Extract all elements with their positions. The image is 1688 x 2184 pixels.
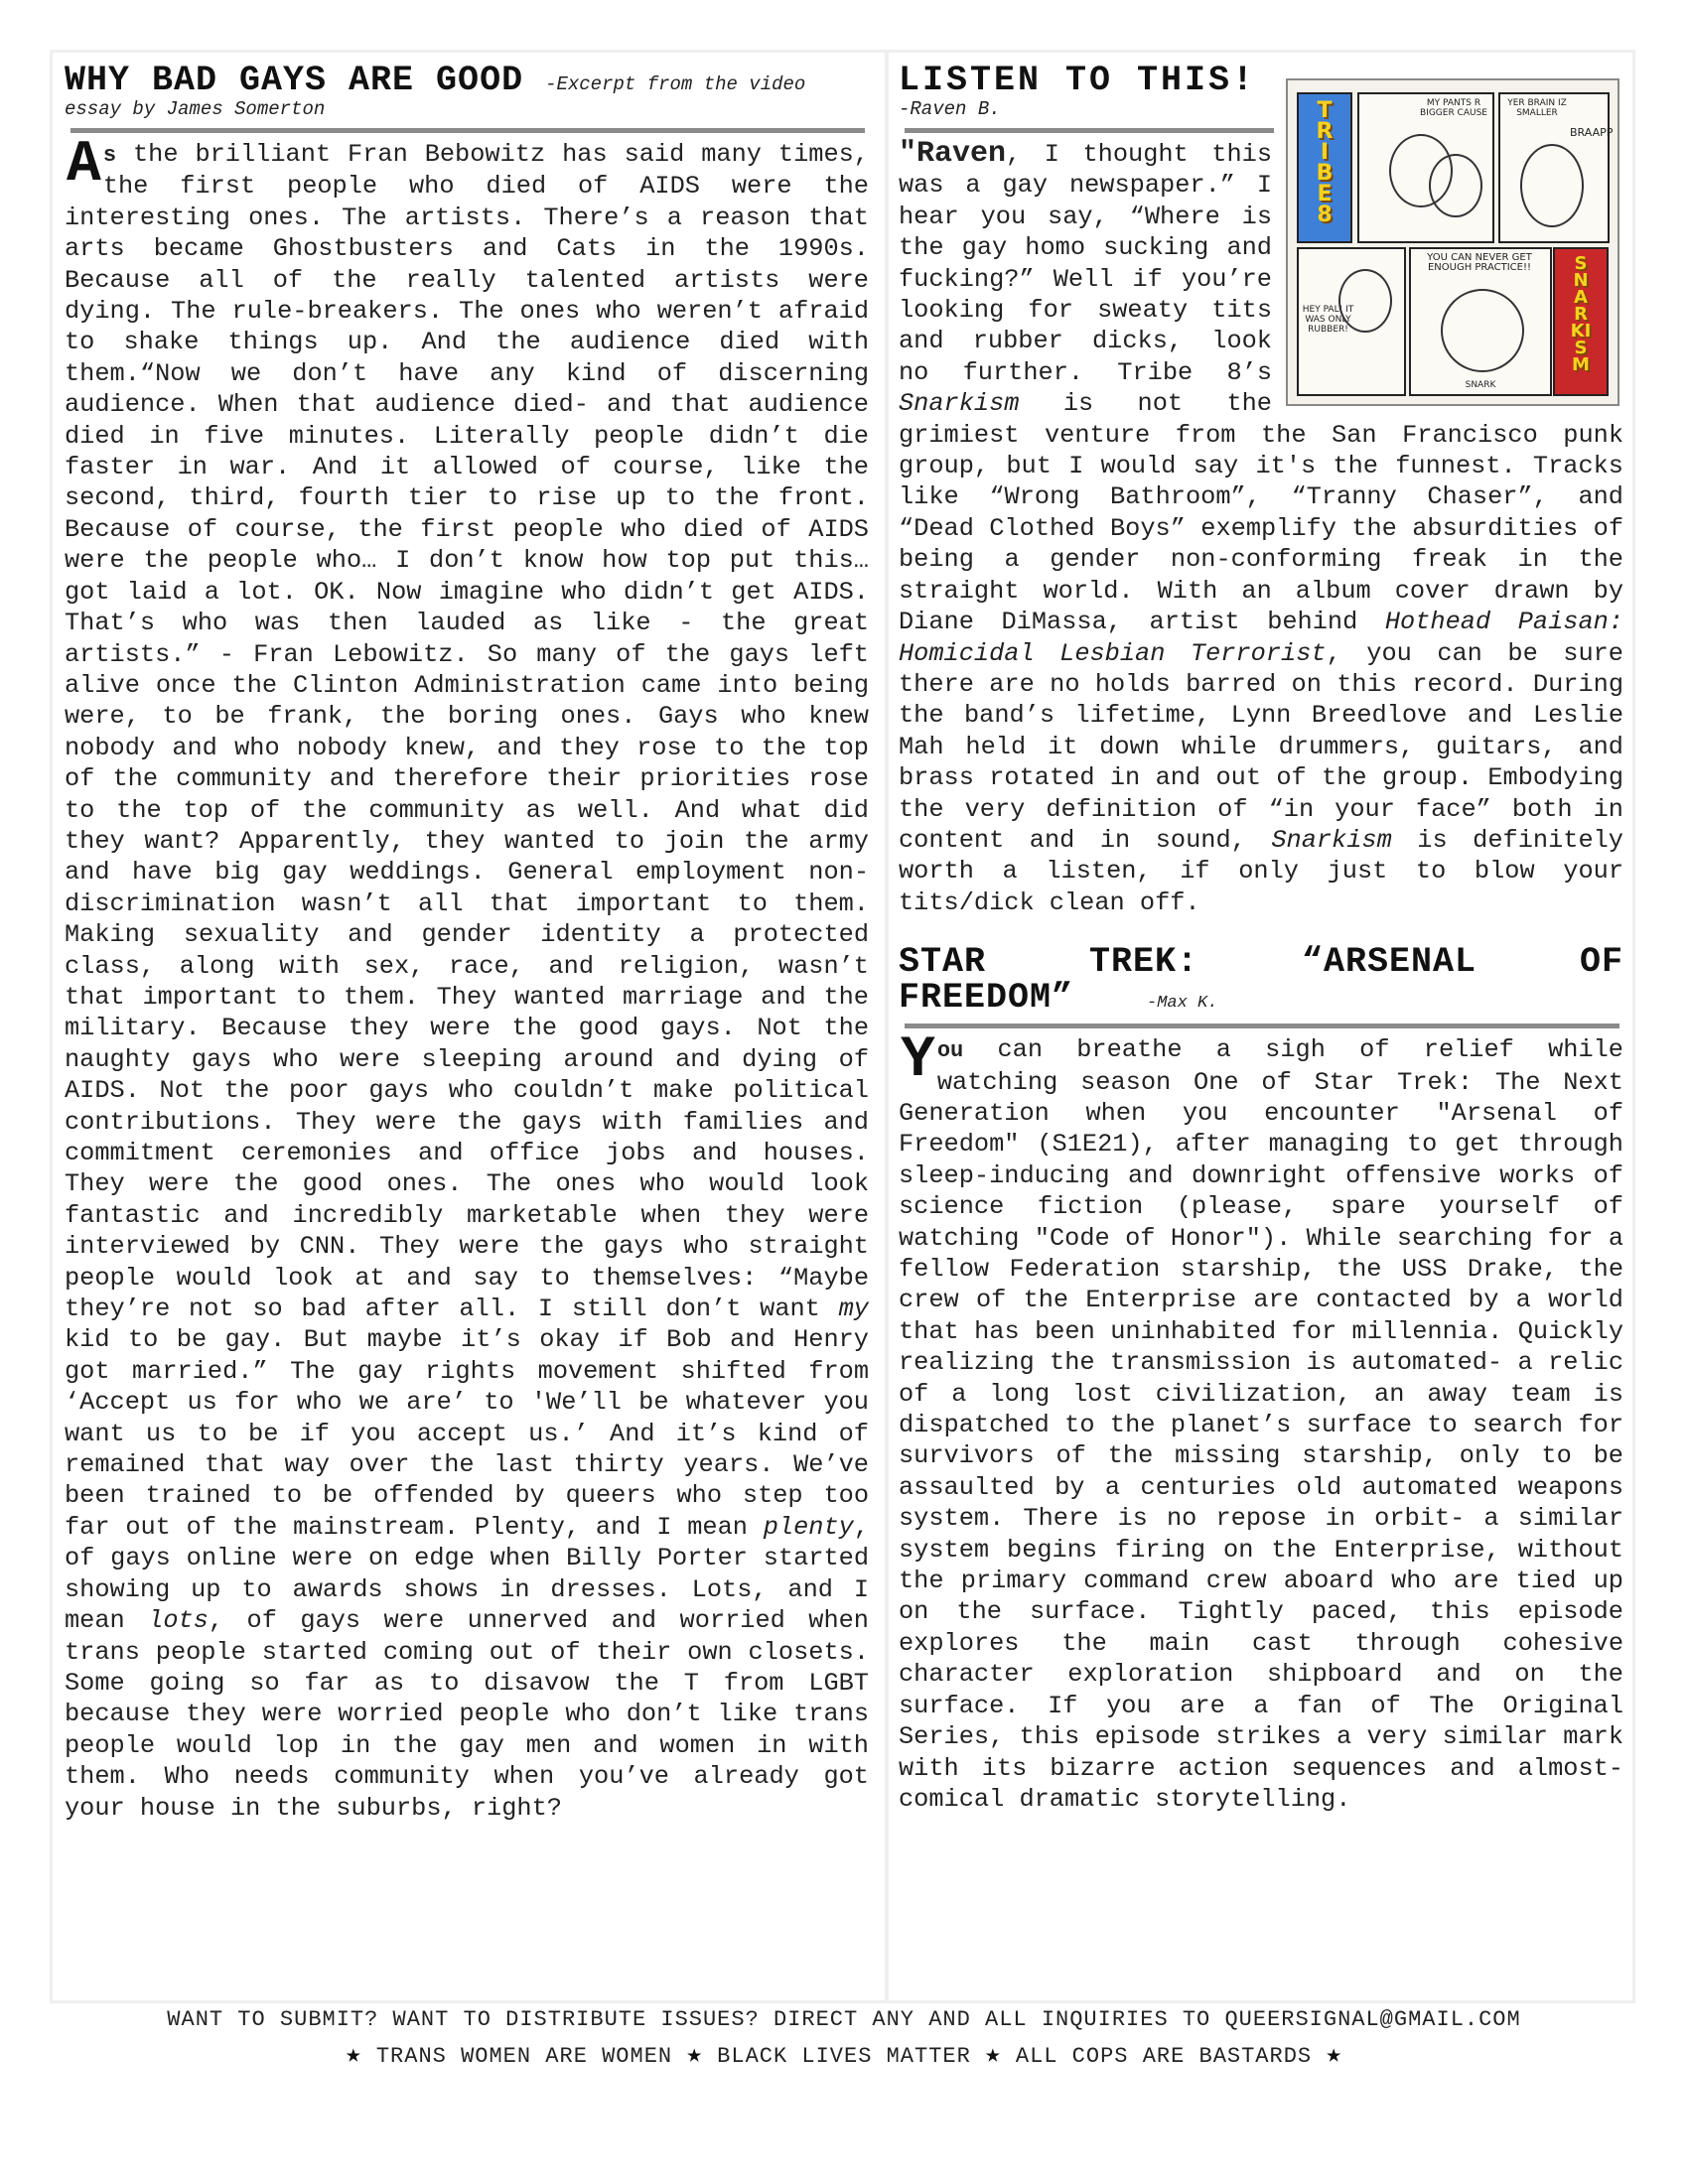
- left-column: WHY BAD GAYS ARE GOOD -Excerpt from the …: [65, 59, 869, 1824]
- title-rule: [905, 128, 1274, 133]
- star-icon: ★: [985, 2040, 1002, 2070]
- article-body: As the brilliant Fran Bebowitz has said …: [65, 139, 869, 1824]
- lead-quote: ": [899, 137, 916, 171]
- star-icon: ★: [346, 2040, 362, 2070]
- drop-cap-rest: s: [103, 143, 116, 168]
- comic-figure: [1429, 154, 1482, 217]
- article-header-star-trek: STAR TREK: “ARSENAL OF FREEDOM” -Max K.: [899, 944, 1623, 1016]
- title-word: OF: [1580, 944, 1623, 980]
- page-frame: WHY BAD GAYS ARE GOOD -Excerpt from the …: [50, 50, 1635, 2003]
- album-name-label: SNARKISM: [1570, 255, 1592, 373]
- emphasis-text: plenty: [764, 1513, 854, 1542]
- right-column: TRIBE 8 MY PANTS R BIGGER CAUSE YER BRAI…: [899, 59, 1623, 1815]
- album-cover-image: TRIBE 8 MY PANTS R BIGGER CAUSE YER BRAI…: [1286, 78, 1619, 406]
- body-text-segment: , I thought this was a gay newspaper.” I…: [899, 140, 1272, 387]
- emphasis-text: my: [839, 1295, 869, 1323]
- lead-bold-name: Raven: [916, 137, 1006, 171]
- drop-cap: A: [67, 143, 101, 189]
- body-text-segment: , you can be sure there are no holds bar…: [899, 639, 1623, 855]
- star-icon: ★: [686, 2040, 703, 2070]
- emphasis-text: Snarkism: [899, 389, 1019, 418]
- article-header-bad-gays: WHY BAD GAYS ARE GOOD -Excerpt from the …: [65, 63, 869, 120]
- title-rule: [70, 128, 865, 133]
- speech-bubble: BRAAPP: [1570, 128, 1610, 138]
- slogan: TRANS WOMEN ARE WOMEN: [376, 2044, 672, 2069]
- speech-bubble: YOU CAN NEVER GET ENOUGH PRACTICE!!: [1425, 253, 1534, 273]
- drop-cap-rest: ou: [937, 1038, 963, 1063]
- title-word: TREK:: [1089, 944, 1198, 980]
- article-title: WHY BAD GAYS ARE GOOD: [65, 61, 523, 100]
- comic-figure: [1441, 289, 1524, 372]
- star-icon: ★: [1326, 2040, 1342, 2070]
- emphasis-text: lots: [148, 1606, 209, 1635]
- emphasis-text: Snarkism: [1271, 826, 1391, 855]
- article-byline: -Max K.: [1147, 994, 1217, 1013]
- comic-figure: [1520, 144, 1584, 227]
- title-rule: [905, 1024, 1619, 1028]
- slogan: ALL COPS ARE BASTARDS: [1016, 2044, 1312, 2069]
- title-word: FREEDOM”: [899, 978, 1073, 1018]
- speech-bubble: SNARK: [1461, 380, 1500, 390]
- footer-submission-line: WANT TO SUBMIT? WANT TO DISTRIBUTE ISSUE…: [0, 2007, 1688, 2032]
- column-divider: [885, 53, 889, 2000]
- article-title-line-2: FREEDOM” -Max K.: [899, 980, 1623, 1016]
- body-text-segment: is not the grimiest venture from the San…: [899, 389, 1623, 636]
- article-title-line-1: STAR TREK: “ARSENAL OF: [899, 944, 1623, 980]
- title-word: “ARSENAL: [1302, 944, 1477, 980]
- body-text-segment: the brilliant Fran Bebowitz has said man…: [65, 140, 869, 1323]
- body-text-segment: kid to be gay. But maybe it’s okay if Bo…: [65, 1325, 869, 1541]
- slogan: BLACK LIVES MATTER: [717, 2044, 971, 2069]
- title-word: STAR: [899, 944, 986, 980]
- speech-bubble: MY PANTS R BIGGER CAUSE: [1419, 98, 1488, 118]
- drop-cap: Y: [901, 1038, 935, 1084]
- comic-panel-3: HEY PAL! IT WAS ONLY RUBBER!: [1297, 247, 1406, 396]
- body-text-segment: can breathe a sigh of relief while watch…: [899, 1035, 1623, 1814]
- body-text-segment: , of gays were unnerved and worried when…: [65, 1606, 869, 1822]
- comic-panel-4: YOU CAN NEVER GET ENOUGH PRACTICE!! SNAR…: [1409, 247, 1552, 396]
- speech-bubble: YER BRAIN IZ SMALLER: [1502, 98, 1572, 118]
- footer-slogans: ★ TRANS WOMEN ARE WOMEN ★ BLACK LIVES MA…: [0, 2039, 1688, 2070]
- band-name-banner: TRIBE 8: [1297, 92, 1352, 243]
- band-name-label: TRIBE 8: [1314, 100, 1336, 225]
- album-name-banner: SNARKISM: [1553, 247, 1609, 396]
- article-body: You can breathe a sigh of relief while w…: [899, 1034, 1623, 1815]
- comic-figure: [1338, 269, 1392, 333]
- comic-panel-2: YER BRAIN IZ SMALLER BRAAPP: [1498, 92, 1610, 243]
- comic-panel-1: MY PANTS R BIGGER CAUSE: [1357, 92, 1494, 243]
